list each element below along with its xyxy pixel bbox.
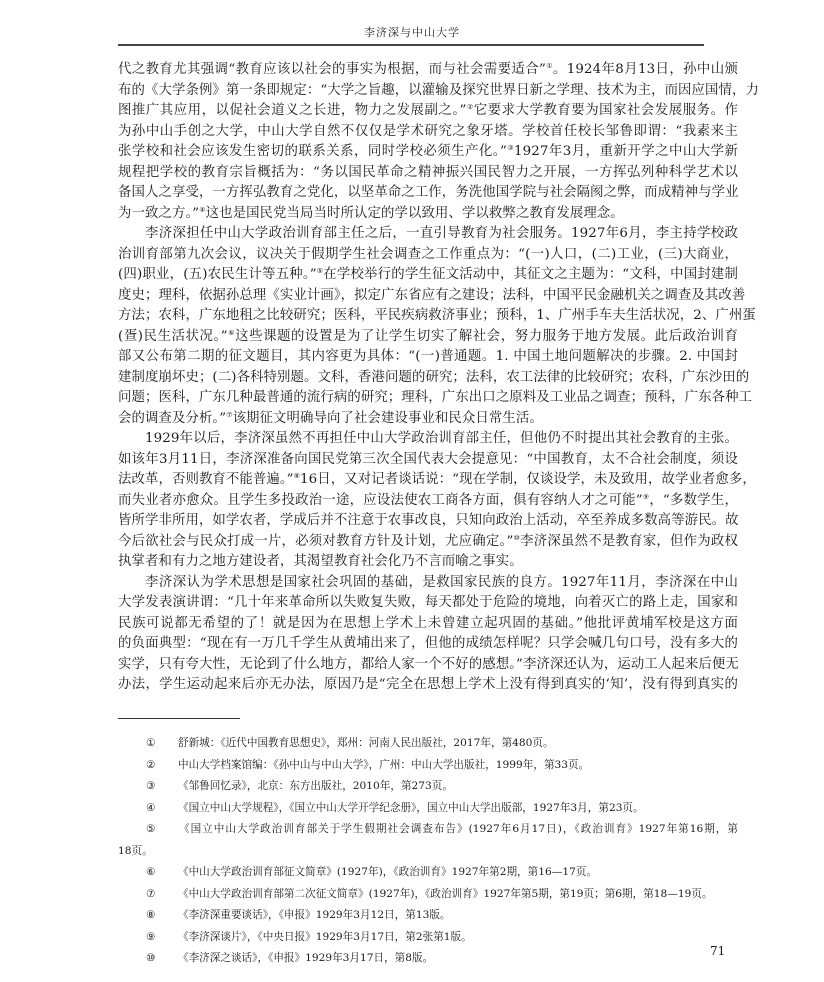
footnote-item: ③《邹鲁回忆录》，北京：东方出版社，2010年，第273页。 [118,776,738,798]
line-text: 今后欲社会与民众打成一片，必须对教育方针及计划，尤应确定。” [118,534,513,549]
body-text: 代之教育尤其强调“教育应该以社会的事实为根据，而与社会需要适合”①。1924年8… [118,60,738,696]
line-text: 治训育部第九次会议，议决关于假期学生社会调查之工作重点为：“(一)人口，(二)工… [118,247,738,262]
footnote-ref[interactable]: ② [467,103,474,111]
line-text: (四)职业，(五)农民生计等五种。” [118,267,317,282]
line-text: 如该年3月11日，李济深准备向国民党第三次全国代表大会提意见：“中国教育，太不合… [118,452,738,467]
body-line: 会的调查及分析。”⑦该期征文明确导向了社会建设事业和民众日常生活。 [118,409,738,430]
line-text: 为孙中山手创之大学，中山大学自然不仅仅是学术研究之象牙塔。学校首任校长邹鲁即谓：… [118,124,738,139]
body-line: 民族可说都无希望的了！就是因为在思想上学术上未曾建立起巩固的基础。”他批评黄埔军… [118,614,738,635]
body-line: 为一致之方。”④这也是国民党当局当时所认定的学以致用、学以救弊之教育发展理念。 [118,204,738,225]
body-line: 图推广其应用，以促社会道义之长进，物力之发展副之。”②它要求大学教育要为国家社会… [118,101,738,122]
footnote-item: ①舒新城：《近代中国教育思想史》，郑州：河南人民出版社，2017年，第480页。 [118,733,738,755]
body-line: (疍)民生活状况。”⑥这些课题的设置是为了让学生切实了解社会，努力服务于地方发展… [118,327,738,348]
line-text: 1929年以后，李济深虽然不再担任中山大学政治训育部主任，但他仍不时提出其社会教… [145,431,738,446]
body-line: 为孙中山手创之大学，中山大学自然不仅仅是学术研究之象牙塔。学校首任校长邹鲁即谓：… [118,122,738,143]
body-line: 而失业者亦愈众。且学生多投政治一途，应设法使农工商各方面，俱有容纳人才之可能”⑨… [118,491,738,512]
line-text: 备国人之享受，一方挥弘教育之党化，以坚革命之工作，务洗他国学院与社会隔阂之弊，而… [118,185,739,200]
body-line: 度史；理科，依据孙总理《实业计画》，拟定广东省应有之建设；法科，中国平民金融机关… [118,286,738,307]
footnote-number: ⑥ [118,862,178,884]
line-text: 李济深虽然不是教育家，但作为政权 [520,534,738,549]
body-line: 问题；医科，广东几种最普通的流行病的研究；理科，广东出口之原料及工业品之调查；预… [118,388,738,409]
body-line: 皆所学非所用，如学农者，学成后并不注意于农事改良，只知向政治上活动，卒至养成多数… [118,511,738,532]
body-line: 法改革，否则教育不能普遍。”⑧16日，又对记者谈话说：“现在学制，仅谈设学，未及… [118,470,738,491]
footnote-text: 《李济深重要谈话》，《申报》1929年3月12日，第13版。 [178,909,451,921]
body-line: (四)职业，(五)农民生计等五种。”⑤在学校举行的学生征文活动中，其征文之主题为… [118,265,738,286]
body-line: 1929年以后，李济深虽然不再担任中山大学政治训育部主任，但他仍不时提出其社会教… [118,429,738,450]
line-text: (疍)民生活状况。” [118,329,228,344]
footnote-item: ⑤《国立中山大学政治训育部关于学生假期社会调查布告》(1927年6月17日)，《… [118,819,738,841]
body-line: 备国人之享受，一方挥弘教育之党化，以坚革命之工作，务洗他国学院与社会隔阂之弊，而… [118,183,738,204]
line-text: 该期征文明确导向了社会建设事业和民众日常生活。 [233,411,543,426]
line-text: 。1924年8月13日，孙中山颁 [553,62,738,77]
footnote-text: 《中山大学政治训育部征文简章》(1927年)，《政治训育》1927年第2期，第1… [178,866,597,878]
body-line: 张学校和社会应该发生密切的联系关系，同时学校必须生产化。”③1927年3月，重新… [118,142,738,163]
body-line: 今后欲社会与民众打成一片，必须对教育方针及计划，尤应确定。”⑩李济深虽然不是教育… [118,532,738,553]
footnote-text: 中山大学档案馆编：《孙中山与中山大学》，广州：中山大学出版社，1999年，第33… [178,759,589,771]
footnote-continuation: 18页。 [118,841,738,863]
line-text: 执掌者和有力之地方建设者，其渴望教育社会化乃不言而喻之事实。 [118,554,523,569]
line-text: 方法；农科，广东地租之比较研究；医科，平民疾病救济事业；预科，1、广州手车夫生活… [118,308,756,323]
page-number: 71 [710,944,725,958]
footnotes: ①舒新城：《近代中国教育思想史》，郑州：河南人民出版社，2017年，第480页。… [118,733,738,970]
footnote-text: 舒新城：《近代中国教育思想史》，郑州：河南人民出版社，2017年，第480页。 [178,737,554,749]
line-text: 办法，学生运动起来后亦无办法，原因乃是“完全在思想上学术上没有得到真实的‘知’，… [118,677,738,692]
footnote-text: 《国立中山大学政治训育部关于学生假期社会调查布告》(1927年6月17日)，《政… [178,823,738,835]
footnote-item: ⑩《李济深之谈话》，《申报》1929年3月17日，第8版。 [118,948,738,970]
footnote-text: 《李济深谈片》，《中央日报》1929年3月17日，第2张第1版。 [178,931,472,943]
footnote-number: ⑨ [118,927,178,949]
line-text: ，“多数学生， [649,493,738,508]
line-text: 皆所学非所用，如学农者，学成后并不注意于农事改良，只知向政治上活动，卒至养成多数… [118,513,739,528]
footnote-ref[interactable]: ① [546,62,553,70]
body-line: 部又公布第二期的征文题目，其内容更为具体：“(一)普通题。1. 中国土地问题解决… [118,347,738,368]
footnote-item: ⑥《中山大学政治训育部征文简章》(1927年)，《政治训育》1927年第2期，第… [118,862,738,884]
footnote-item: ⑨《李济深谈片》，《中央日报》1929年3月17日，第2张第1版。 [118,927,738,949]
body-line: 布的《大学条例》第一条即规定：“大学之旨趣，以灌输及探究世界日新之学理、技术为主… [118,81,738,102]
line-text: 实学，只有夸大性，无论到了什么地方，都给人家一个不好的感想。”李济深还认为，运动… [118,657,739,672]
footnote-number: ② [118,755,178,777]
footnote-number: ④ [118,798,178,820]
body-line: 办法，学生运动起来后亦无办法，原因乃是“完全在思想上学术上没有得到真实的‘知’，… [118,675,738,696]
footnote-number: ③ [118,776,178,798]
body-line: 规程把学校的教育宗旨概括为：“务以国民革命之精神振兴国民智力之开展，一方挥弘列种… [118,163,738,184]
line-text: 度史；理科，依据孙总理《实业计画》，拟定广东省应有之建设；法科，中国平民金融机关… [118,288,745,303]
line-text: 会的调查及分析。” [118,411,226,426]
footnote-item: ④《国立中山大学规程》，《国立中山大学开学纪念册》，国立中山大学出版部，1927… [118,798,738,820]
body-line: 代之教育尤其强调“教育应该以社会的事实为根据，而与社会需要适合”①。1924年8… [118,60,738,81]
footnote-item: ⑧《李济深重要谈话》，《申报》1929年3月12日，第13版。 [118,905,738,927]
line-text: 的负面典型：“现在有一万几千学生从黄埔出来了，但他的成绩怎样呢？只学会喊几句口号… [118,636,738,651]
line-text: 建制度崩坏史；(二)各科特别题。文科，香港问题的研究；法科，农工法律的比较研究；… [118,370,749,385]
body-line: 方法；农科，广东地租之比较研究；医科，平民疾病救济事业；预科，1、广州手车夫生活… [118,306,738,327]
line-text: 大学发表演讲谓：“几十年来革命所以失败复失败，每天都处于危险的境地，向着灭亡的路… [118,595,738,610]
footnote-text: 《中山大学政治训育部第二次征文简章》(1927年)，《政治训育》1927年第5期… [178,888,713,900]
line-text: 这些课题的设置是为了让学生切实了解社会，努力服务于地方发展。此后政治训育 [235,329,738,344]
line-text: 李济深担任中山大学政治训育部主任之后，一直引导教育为社会服务。1927年6月，李… [145,226,738,241]
footnote-number: ⑧ [118,905,178,927]
line-text: 代之教育尤其强调“教育应该以社会的事实为根据，而与社会需要适合” [118,62,546,77]
body-line: 大学发表演讲谓：“几十年来革命所以失败复失败，每天都处于危险的境地，向着灭亡的路… [118,593,738,614]
footnote-number: ① [118,733,178,755]
line-text: 图推广其应用，以促社会道义之长进，物力之发展副之。” [118,103,467,118]
body-line: 如该年3月11日，李济深准备向国民党第三次全国代表大会提意见：“中国教育，太不合… [118,450,738,471]
footnote-number: ⑩ [118,948,178,970]
body-line: 治训育部第九次会议，议决关于假期学生社会调查之工作重点为：“(一)人口，(二)工… [118,245,738,266]
line-text: 李济深认为学术思想是国家社会巩固的基础，是救国家民族的良方。1927年11月，李… [145,575,738,590]
line-text: 它要求大学教育要为国家社会发展服务。作 [474,103,738,118]
body-line: 的负面典型：“现在有一万几千学生从黄埔出来了，但他的成绩怎样呢？只学会喊几句口号… [118,634,738,655]
footnote-item: ⑦《中山大学政治训育部第二次征文简章》(1927年)，《政治训育》1927年第5… [118,884,738,906]
line-text: 部又公布第二期的征文题目，其内容更为具体：“(一)普通题。1. 中国土地问题解决… [118,349,738,364]
footnote-item: ②中山大学档案馆编：《孙中山与中山大学》，广州：中山大学出版社，1999年，第3… [118,755,738,777]
footnote-text: 《国立中山大学规程》，《国立中山大学开学纪念册》，国立中山大学出版部，1927年… [178,802,644,814]
line-text: 布的《大学条例》第一条即规定：“大学之旨趣，以灌输及探究世界日新之学理、技术为主… [118,83,759,98]
body-line: 李济深认为学术思想是国家社会巩固的基础，是救国家民族的良方。1927年11月，李… [118,573,738,594]
footnote-separator [118,718,240,719]
running-header: 李济深与中山大学 [0,24,824,40]
footnote-text: 《邹鲁回忆录》，北京：东方出版社，2010年，第273页。 [178,780,453,792]
footnote-number: ⑤ [118,819,178,841]
line-text: 为一致之方。” [118,206,199,221]
line-text: 16日，又对记者谈话说：“现在学制，仅谈设学，未及致用，故学业者愈多， [300,472,756,487]
footnote-text: 《李济深之谈话》，《申报》1929年3月17日，第8版。 [178,952,433,964]
body-line: 李济深担任中山大学政治训育部主任之后，一直引导教育为社会服务。1927年6月，李… [118,224,738,245]
line-text: 法改革，否则教育不能普遍。” [118,472,294,487]
footnote-number: ⑦ [118,884,178,906]
body-line: 建制度崩坏史；(二)各科特别题。文科，香港问题的研究；法科，农工法律的比较研究；… [118,368,738,389]
line-text: 在学校举行的学生征文活动中，其征文之主题为：“文科，中国封建制 [323,267,738,282]
line-text: 1927年3月，重新开学之中山大学新 [514,144,738,159]
header-rule [118,44,704,46]
line-text: 问题；医科，广东几种最普通的流行病的研究；理科，广东出口之原料及工业品之调查；预… [118,390,752,405]
line-text: 而失业者亦愈众。且学生多投政治一途，应设法使农工商各方面，俱有容纳人才之可能” [118,493,643,508]
body-line: 执掌者和有力之地方建设者，其渴望教育社会化乃不言而喻之事实。 [118,552,738,573]
footnote-ref[interactable]: ③ [507,144,514,152]
line-text: 张学校和社会应该发生密切的联系关系，同时学校必须生产化。” [118,144,507,159]
line-text: 这也是国民党当局当时所认定的学以致用、学以救弊之教育发展理念。 [206,206,624,221]
line-text: 规程把学校的教育宗旨概括为：“务以国民革命之精神振兴国民智力之开展，一方挥弘列种… [118,165,738,180]
body-line: 实学，只有夸大性，无论到了什么地方，都给人家一个不好的感想。”李济深还认为，运动… [118,655,738,676]
line-text: 民族可说都无希望的了！就是因为在思想上学术上未曾建立起巩固的基础。”他批评黄埔军… [118,616,738,631]
